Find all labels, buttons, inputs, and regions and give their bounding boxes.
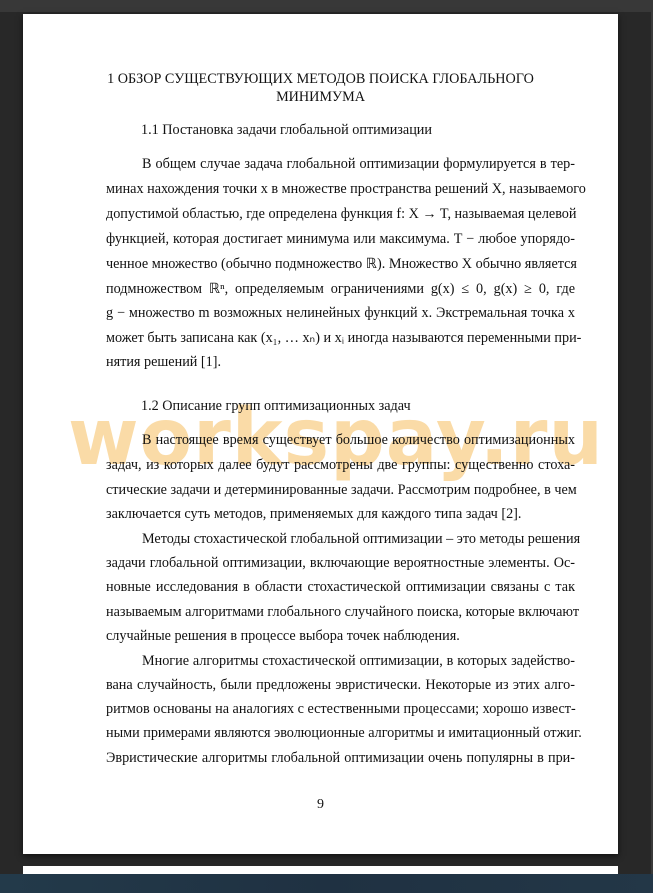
section-heading-1-1: 1.1 Постановка задачи глобальной оптимиз… xyxy=(141,121,432,139)
text-line: новные исследования в области стохастиче… xyxy=(106,578,575,596)
viewer-top-strip xyxy=(0,0,653,12)
text-line: минах нахождения точки x в множестве про… xyxy=(106,180,575,198)
chapter-title-continued: МИНИМУМА xyxy=(23,88,618,106)
text-line: задач, из которых далее будут рассмотрен… xyxy=(106,456,575,474)
text-line: В настоящее время существует большое кол… xyxy=(142,431,575,449)
text-line: подмножеством ℝⁿ, определяемым ограничен… xyxy=(106,280,575,298)
text-line: нятия решений [1]. xyxy=(106,353,575,371)
text-line: Многие алгоритмы стохастической оптимиза… xyxy=(142,652,575,670)
text-line: ными примерами являются эволюционные алг… xyxy=(106,724,575,742)
text-line: g − множество m возможных нелинейных фун… xyxy=(106,304,575,322)
text-line: случайные решения в процессе выбора точе… xyxy=(106,627,575,645)
text-line: заключается суть методов, применяемых дл… xyxy=(106,505,575,523)
text-line: может быть записана как (x₁, … xₙ) и xᵢ … xyxy=(106,329,575,347)
text-line: ченное множество (обычно подмножество ℝ)… xyxy=(106,255,575,273)
text-line: ритмов основаны на аналогиях с естествен… xyxy=(106,700,575,718)
text-line: функцией, которая достигает минимума или… xyxy=(106,230,575,248)
taskbar xyxy=(0,874,653,893)
chapter-title: 1 ОБЗОР СУЩЕСТВУЮЩИХ МЕТОДОВ ПОИСКА ГЛОБ… xyxy=(23,70,618,88)
text-line: допустимой областью, где определена функ… xyxy=(106,205,575,223)
page-number: 9 xyxy=(23,797,618,813)
section-heading-1-2: 1.2 Описание групп оптимизационных задач xyxy=(141,397,411,415)
text-line: Эвристические алгоритмы глобальной оптим… xyxy=(106,749,575,767)
document-page: workspay.ru 1 ОБЗОР СУЩЕСТВУЮЩИХ МЕТОДОВ… xyxy=(23,14,618,854)
text-line: вана случайность, были предложены эврист… xyxy=(106,676,575,694)
text-line: задачи глобальной оптимизации, включающи… xyxy=(106,554,575,572)
text-line: стические задачи и детерминированные зад… xyxy=(106,481,575,499)
text-line: В общем случае задача глобальной оптимиз… xyxy=(142,155,575,173)
text-line: Методы стохастической глобальной оптимиз… xyxy=(142,530,575,548)
text-line: называемым алгоритмами глобального случа… xyxy=(106,603,575,621)
